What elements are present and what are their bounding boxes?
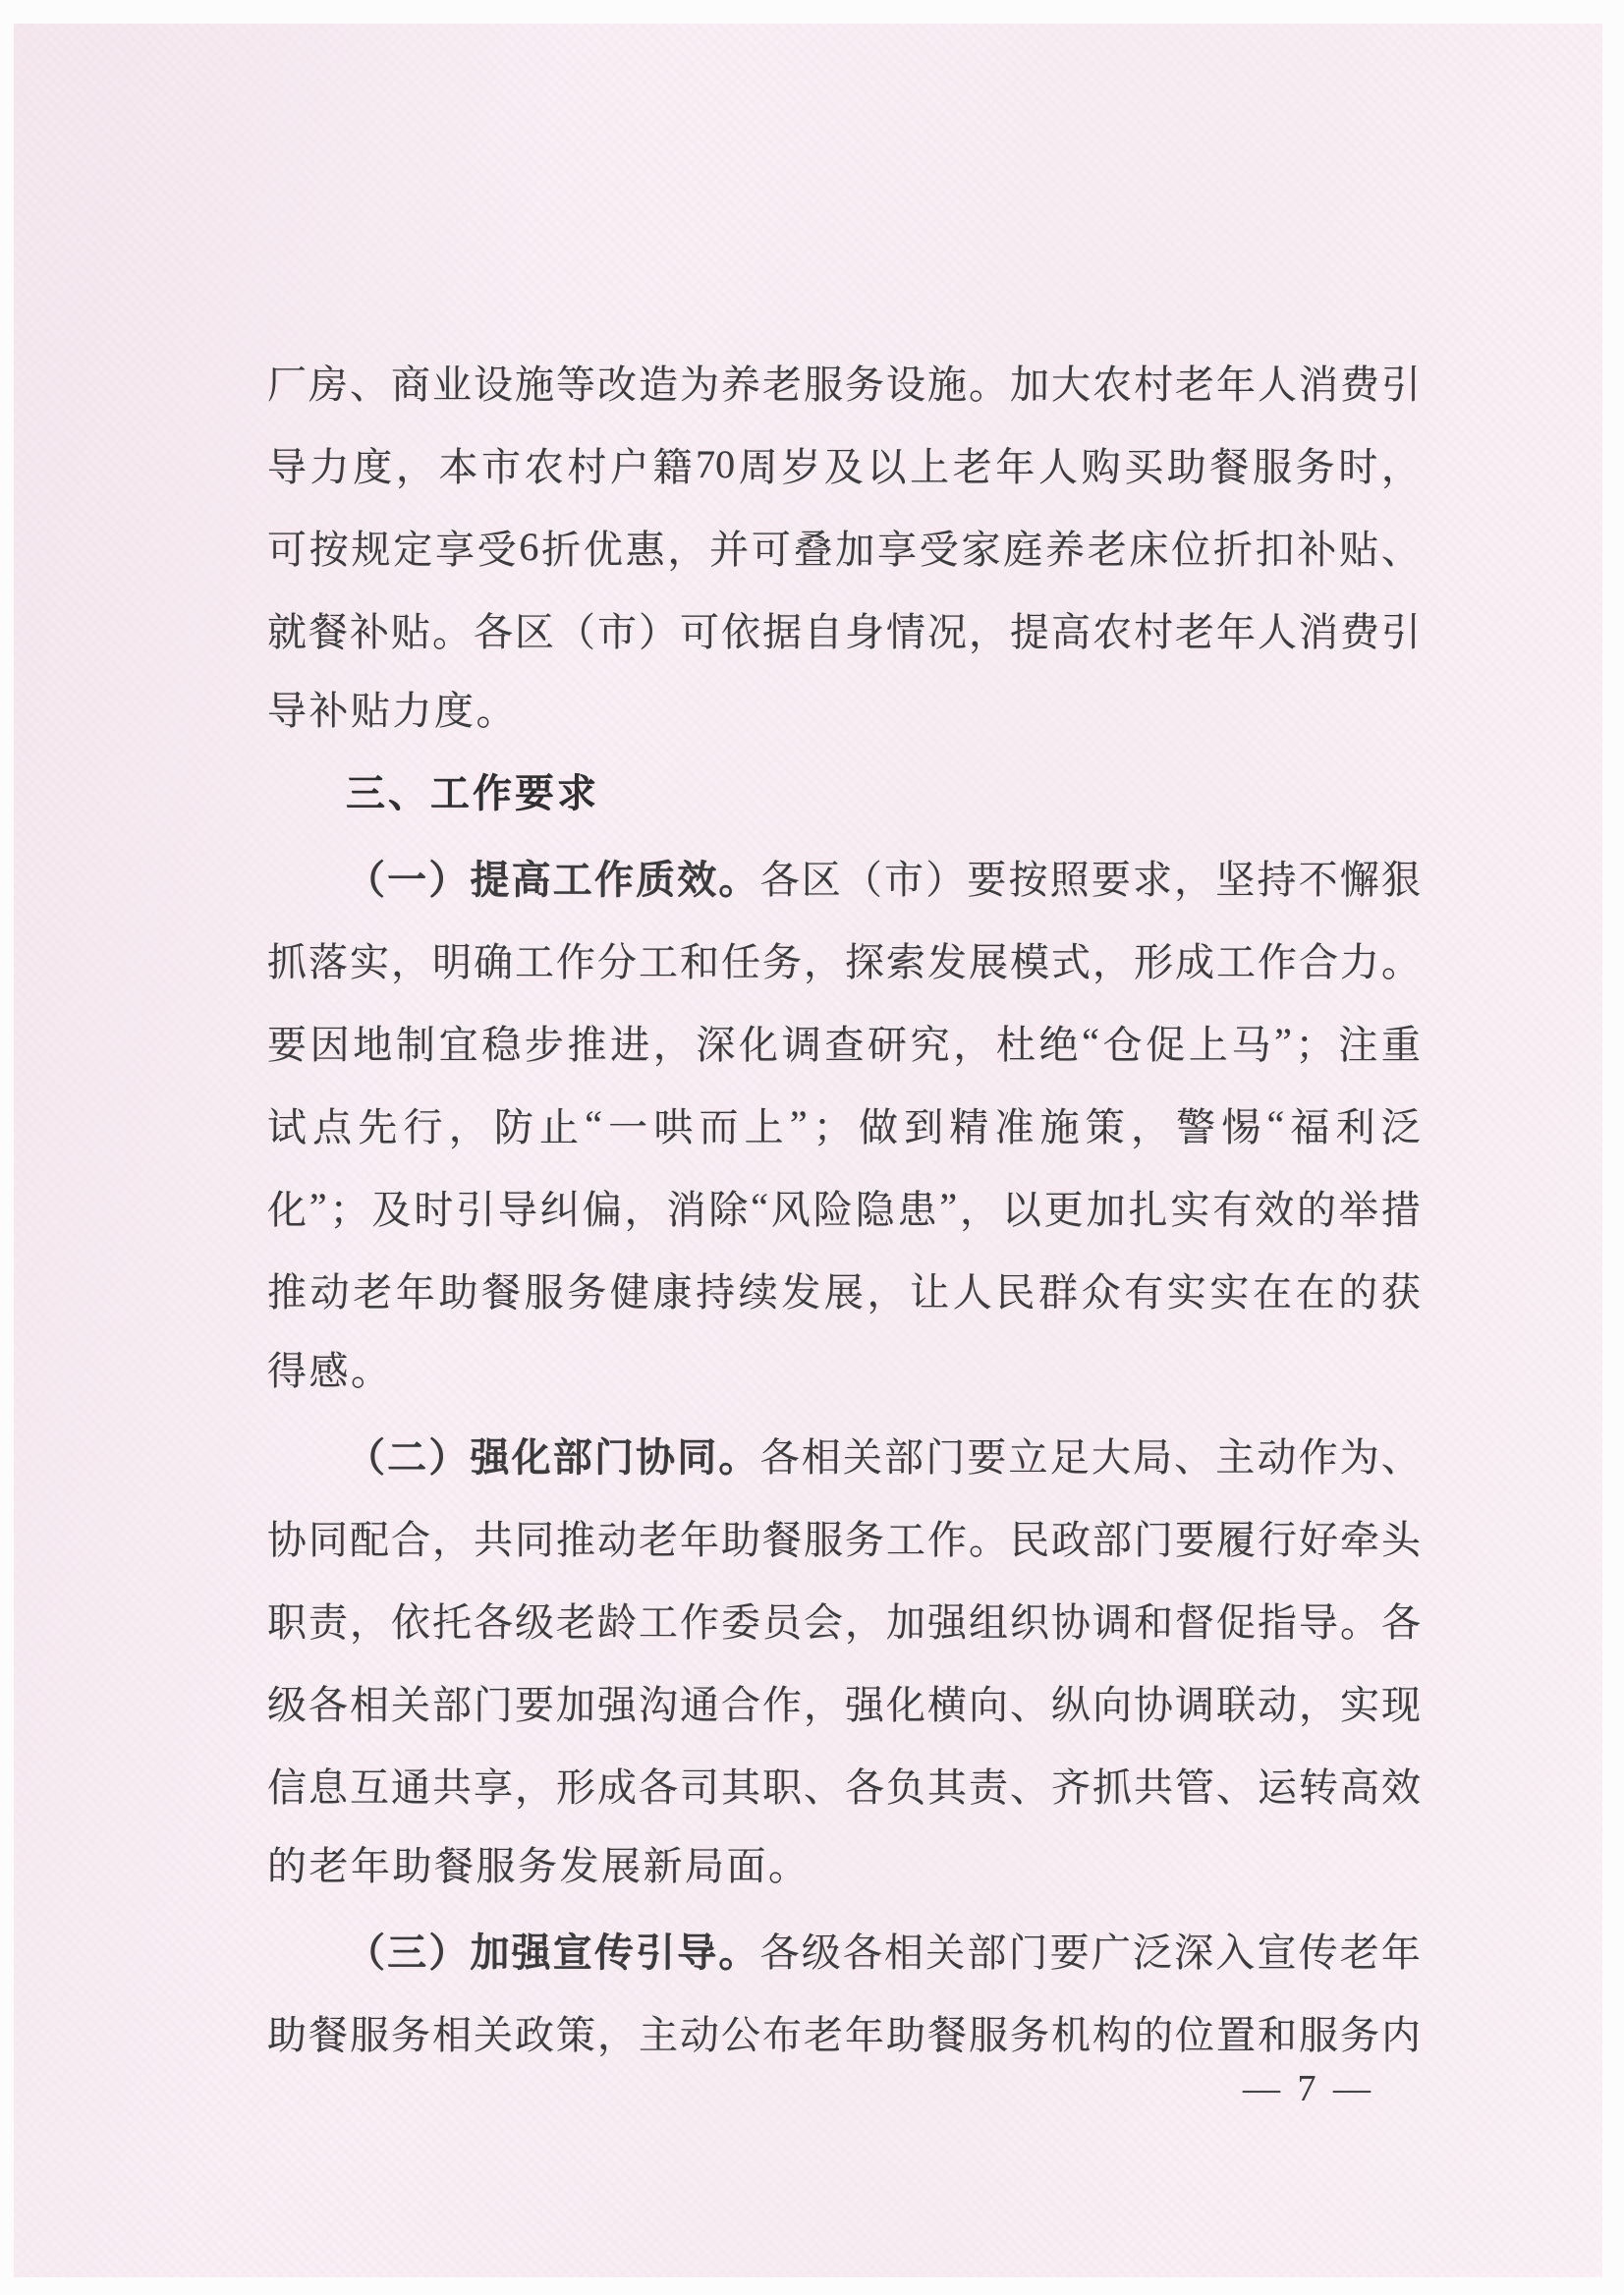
text-line: 就餐补贴。各区（市）可依据自身情况，提高农村老年人消费引 bbox=[267, 588, 1421, 670]
text-line: 信息互通共享，形成各司其职、各负其责、齐抓共管、运转高效 bbox=[267, 1743, 1421, 1825]
text-line: 协同配合，共同推动老年助餐服务工作。民政部门要履行好牵头 bbox=[267, 1495, 1421, 1578]
text-line: 推动老年助餐服务健康持续发展，让人民群众有实实在在的获 bbox=[267, 1248, 1421, 1330]
text-line: （三）加强宣传引导。各级各相关部门要广泛深入宣传老年 bbox=[267, 1908, 1421, 1990]
text-line: 试点先行，防止“一哄而上”；做到精准施策，警惕“福利泛 bbox=[267, 1083, 1421, 1165]
text-line: 化”；及时引导纠偏，消除“风险隐患”，以更加扎实有效的举措 bbox=[267, 1165, 1421, 1248]
text-line: 要因地制宜稳步推进，深化调查研究，杜绝“仓促上马”；注重 bbox=[267, 1000, 1421, 1083]
text-line: 级各相关部门要加强沟通合作，强化横向、纵向协调联动，实现 bbox=[267, 1660, 1421, 1743]
text-line: 导力度，本市农村户籍70周岁及以上老年人购买助餐服务时， bbox=[267, 422, 1421, 505]
text-line: 得感。 bbox=[267, 1330, 1421, 1413]
text-line: （一）提高工作质效。各区（市）要按照要求，坚持不懈狠 bbox=[267, 835, 1421, 918]
text-line: （二）强化部门协同。各相关部门要立足大局、主动作为、 bbox=[267, 1413, 1421, 1495]
page-number: — 7 — bbox=[1243, 2067, 1374, 2110]
text-line: 助餐服务相关政策，主动公布老年助餐服务机构的位置和服务内 bbox=[267, 1990, 1421, 2073]
text-line: 的老年助餐服务发展新局面。 bbox=[267, 1825, 1421, 1908]
text-line: 厂房、商业设施等改造为养老服务设施。加大农村老年人消费引 bbox=[267, 340, 1421, 422]
text-line: 可按规定享受6折优惠，并可叠加享受家庭养老床位折扣补贴、 bbox=[267, 505, 1421, 588]
text-line: 职责，依托各级老龄工作委员会，加强组织协调和督促指导。各 bbox=[267, 1578, 1421, 1660]
text-line: 导补贴力度。 bbox=[267, 670, 1421, 753]
document-text: 厂房、商业设施等改造为养老服务设施。加大农村老年人消费引导力度，本市农村户籍70… bbox=[267, 340, 1421, 2073]
paper: 厂房、商业设施等改造为养老服务设施。加大农村老年人消费引导力度，本市农村户籍70… bbox=[14, 24, 1602, 2277]
scanned-page: 厂房、商业设施等改造为养老服务设施。加大农村老年人消费引导力度，本市农村户籍70… bbox=[0, 0, 1624, 2295]
text-line: 抓落实，明确工作分工和任务，探索发展模式，形成工作合力。 bbox=[267, 918, 1421, 1000]
section-heading: 三、工作要求 bbox=[267, 753, 1421, 835]
